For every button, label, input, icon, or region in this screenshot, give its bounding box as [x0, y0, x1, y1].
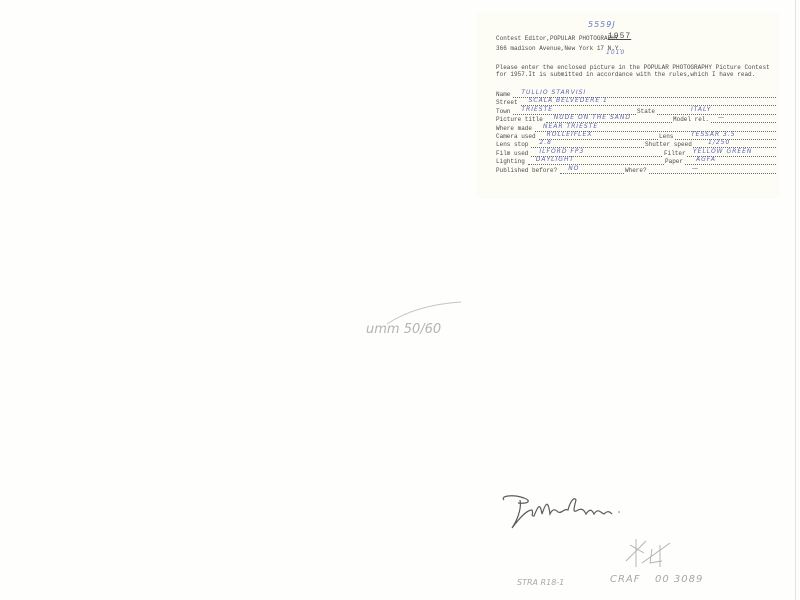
reference-number: 5559J — [588, 20, 616, 29]
field-value-secondary: — — [718, 114, 725, 121]
field-label-secondary: Filter — [663, 150, 687, 157]
field-label-secondary: Shutter speed — [644, 141, 693, 148]
field-value: ROLLEIFLEX — [547, 131, 593, 138]
field-label-secondary: Where? — [624, 167, 648, 174]
form-field-row: TownTRIESTEStateITALY — [496, 108, 776, 116]
field-label: Town — [496, 108, 510, 115]
field-value: 2.8 — [539, 139, 552, 146]
field-label: Camera used — [496, 133, 536, 140]
dotted-leader — [528, 163, 776, 165]
pencil-code-left: STRA R18-1 — [517, 578, 564, 587]
intro-text: Please enter the enclosed picture in the… — [496, 64, 776, 78]
field-label-secondary: State — [636, 108, 656, 115]
form-field-row: Published before?NOWhere?— — [496, 167, 776, 175]
photo-verso-page: 5559J 1957 1010 Contest Editor,POPULAR P… — [0, 0, 800, 600]
field-value: NEAR TRIESTE — [543, 123, 598, 130]
initials — [620, 535, 680, 575]
field-label: Name — [496, 91, 510, 98]
field-value-secondary: — — [692, 165, 699, 172]
pencil-code-number: 00 3089 — [655, 574, 703, 585]
field-value-secondary: 1/250 — [708, 139, 730, 146]
field-label: Street — [496, 99, 518, 106]
form-field-row: LightingDAYLIGHTPaperAGFA — [496, 158, 776, 166]
field-label: Picture title — [496, 116, 543, 123]
field-value: NO — [568, 165, 579, 172]
field-label: Film used — [496, 150, 528, 157]
contest-entry-label: 5559J 1957 1010 Contest Editor,POPULAR P… — [478, 14, 778, 197]
field-value-secondary: TESSAR 3.5 — [691, 131, 736, 138]
paper-edge — [795, 0, 796, 600]
field-label-secondary: Paper — [664, 158, 684, 165]
dotted-leader — [560, 172, 776, 174]
field-value: SCALA BELVEDERE 1 — [529, 97, 608, 104]
dotted-leader — [521, 104, 776, 106]
field-value-secondary: AGFA — [696, 156, 716, 163]
field-value: NUDE ON THE SAND — [554, 114, 631, 121]
header-editor: Contest Editor,POPULAR PHOTOGRAPHY — [496, 35, 618, 42]
field-label: Lens stop — [496, 141, 528, 148]
field-value: DAYLIGHT — [536, 156, 574, 163]
field-label-secondary: Lens — [658, 133, 674, 140]
field-value: TULLIO STARVISI — [521, 89, 586, 96]
field-value-secondary: ITALY — [691, 106, 711, 113]
form-field-row: Picture titleNUDE ON THE SANDModel rel.— — [496, 116, 776, 124]
field-label: Where made — [496, 125, 532, 132]
pencil-code-craf: CRAF — [610, 574, 641, 585]
field-value: ILFORD FP3 — [539, 148, 584, 155]
form-field-row: Camera usedROLLEIFLEXLensTESSAR 3.5 — [496, 133, 776, 141]
field-label: Lighting — [496, 158, 525, 165]
header-address: 366 madison Avenue,New York 17 N.Y. — [496, 45, 622, 52]
field-value-secondary: YELLOW GREEN — [693, 148, 752, 155]
field-value: TRIESTE — [521, 106, 553, 113]
pencil-note-center: umm 50/60 — [366, 322, 441, 337]
signature — [498, 488, 628, 533]
field-label: Published before? — [496, 167, 557, 174]
field-label-secondary: Model rel. — [672, 116, 710, 123]
